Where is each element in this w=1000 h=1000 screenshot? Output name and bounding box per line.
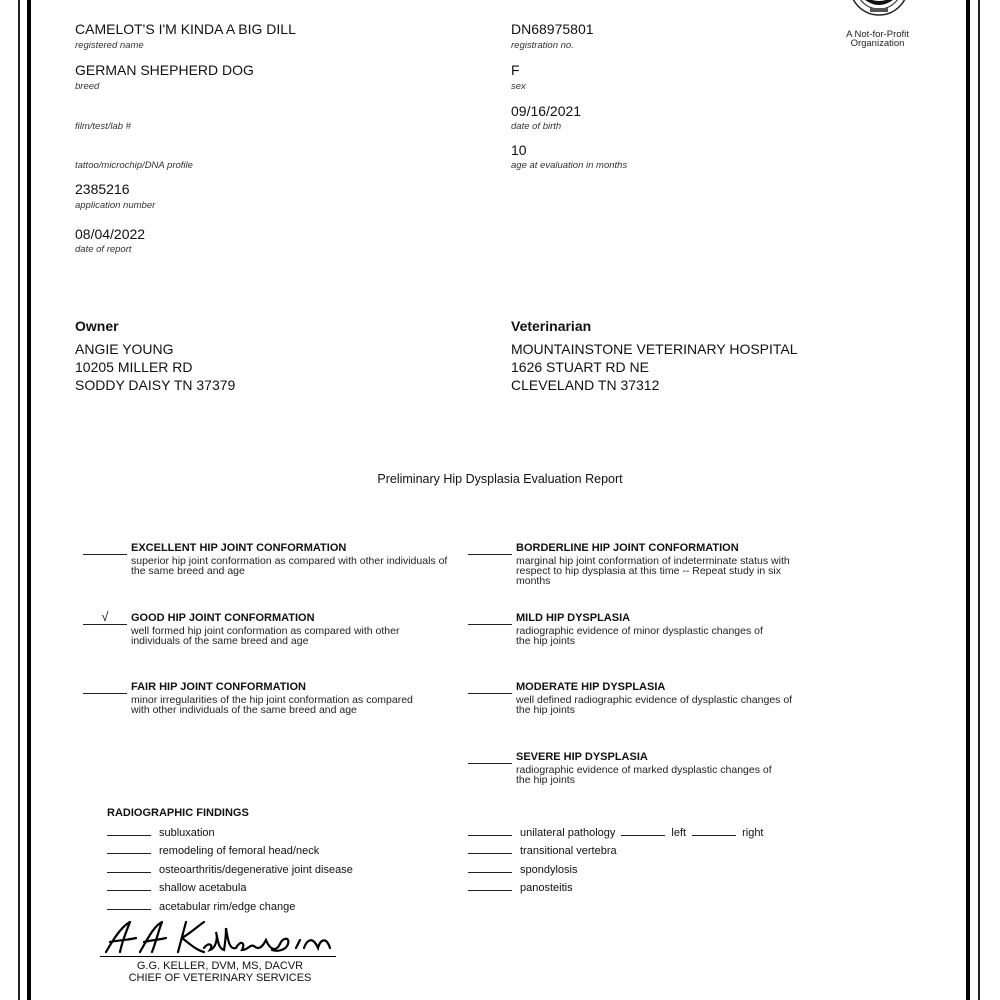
grade-checkbox[interactable]: √ [83, 612, 127, 625]
finding-label: osteoarthritis/degenerative joint diseas… [159, 864, 353, 876]
signature-scribble-icon [100, 918, 336, 956]
finding-label: shallow acetabula [159, 882, 246, 894]
finding-checkbox[interactable] [107, 843, 151, 854]
owner-line: ANGIE YOUNG [75, 340, 235, 358]
finding-item: panosteitis [468, 880, 573, 895]
finding-item: acetabular rim/edge change [107, 899, 295, 914]
findings-heading: RADIOGRAPHIC FINDINGS [107, 807, 249, 819]
grade-description: radiographic evidence of minor dysplasti… [516, 626, 766, 646]
right-label: right [742, 827, 763, 839]
finding-item: osteoarthritis/degenerative joint diseas… [107, 862, 353, 877]
sex-label: sex [511, 81, 526, 92]
registered-name-value: CAMELOT'S I'M KINDA A BIG DILL [75, 21, 296, 37]
page-border-right-thick [966, 0, 970, 1000]
date-of-report-value: 08/04/2022 [75, 226, 145, 242]
page-border-right-thin [978, 0, 980, 1000]
owner-line: SODDY DAISY TN 37379 [75, 376, 235, 394]
finding-unilateral: unilateral pathologyleftright [468, 825, 764, 840]
seal-logo-icon [848, 0, 910, 17]
organization-tagline: A Not-for-Profit Organization [820, 30, 935, 48]
grade-description: radiographic evidence of marked dysplast… [516, 765, 786, 785]
grade-checkbox[interactable] [468, 542, 512, 555]
grade-title: EXCELLENT HIP JOINT CONFORMATION [131, 542, 346, 555]
registration-no-value: DN68975801 [511, 21, 594, 37]
grade-description: marginal hip joint conformation of indet… [516, 556, 806, 586]
page-border-left-thick [27, 0, 31, 1000]
finding-label: acetabular rim/edge change [159, 901, 295, 913]
breed-value: GERMAN SHEPHERD DOG [75, 62, 254, 78]
signatory-title: CHIEF OF VETERINARY SERVICES [100, 972, 340, 984]
finding-checkbox[interactable] [468, 862, 512, 873]
left-label: left [671, 827, 686, 839]
grade-title: SEVERE HIP DYSPLASIA [516, 751, 648, 764]
grade-description: superior hip joint conformation as compa… [131, 556, 451, 576]
finding-item: spondylosis [468, 862, 577, 877]
finding-checkbox[interactable] [468, 825, 512, 836]
grade-description: well formed hip joint conformation as co… [131, 626, 451, 646]
veterinarian-heading: Veterinarian [511, 318, 591, 334]
veterinarian-line: CLEVELAND TN 37312 [511, 376, 798, 394]
grade-title: MILD HIP DYSPLASIA [516, 612, 630, 625]
date-of-birth-value: 09/16/2021 [511, 103, 581, 119]
application-number-label: application number [75, 200, 155, 211]
report-title: Preliminary Hip Dysplasia Evaluation Rep… [0, 472, 1000, 486]
finding-item: remodeling of femoral head/neck [107, 843, 319, 858]
grade-checkbox[interactable] [83, 681, 127, 694]
grade-checkbox[interactable] [468, 681, 512, 694]
finding-checkbox[interactable] [107, 880, 151, 891]
age-months-value: 10 [511, 142, 527, 158]
finding-checkbox[interactable] [468, 880, 512, 891]
signature [100, 918, 336, 957]
finding-label: panosteitis [520, 882, 573, 894]
veterinarian-line: MOUNTAINSTONE VETERINARY HOSPITAL [511, 340, 798, 358]
film-label: film/test/lab # [75, 121, 131, 132]
grade-title: BORDERLINE HIP JOINT CONFORMATION [516, 542, 739, 555]
grade-title: GOOD HIP JOINT CONFORMATION [131, 612, 315, 625]
grade-checkbox[interactable] [468, 612, 512, 625]
grade-title: MODERATE HIP DYSPLASIA [516, 681, 665, 694]
finding-label: unilateral pathology [520, 827, 615, 839]
grade-checkbox[interactable] [83, 542, 127, 555]
application-number-value: 2385216 [75, 181, 130, 197]
grade-description: well defined radiographic evidence of dy… [516, 695, 806, 715]
owner-line: 10205 MILLER RD [75, 358, 235, 376]
veterinarian-address: MOUNTAINSTONE VETERINARY HOSPITAL 1626 S… [511, 340, 798, 394]
finding-item: transitional vertebra [468, 843, 617, 858]
finding-item: shallow acetabula [107, 880, 246, 895]
date-of-birth-label: date of birth [511, 121, 561, 132]
owner-heading: Owner [75, 318, 119, 334]
tattoo-label: tattoo/microchip/DNA profile [75, 160, 193, 171]
finding-label: transitional vertebra [520, 845, 617, 857]
finding-checkbox[interactable] [107, 862, 151, 873]
right-checkbox[interactable] [692, 825, 736, 836]
grade-description: minor irregularities of the hip joint co… [131, 695, 431, 715]
veterinarian-line: 1626 STUART RD NE [511, 358, 798, 376]
signatory-name: G.G. KELLER, DVM, MS, DACVR [100, 960, 340, 972]
page-border-left-thin [18, 0, 20, 1000]
finding-checkbox[interactable] [468, 843, 512, 854]
breed-label: breed [75, 81, 99, 92]
finding-label: spondylosis [520, 864, 577, 876]
owner-address: ANGIE YOUNG 10205 MILLER RD SODDY DAISY … [75, 340, 235, 394]
finding-label: remodeling of femoral head/neck [159, 845, 319, 857]
signatory: G.G. KELLER, DVM, MS, DACVR CHIEF OF VET… [100, 960, 340, 984]
left-checkbox[interactable] [621, 825, 665, 836]
age-months-label: age at evaluation in months [511, 160, 627, 171]
registered-name-label: registered name [75, 40, 144, 51]
date-of-report-label: date of report [75, 244, 132, 255]
finding-label: subluxation [159, 827, 215, 839]
finding-checkbox[interactable] [107, 825, 151, 836]
grade-checkbox[interactable] [468, 751, 512, 764]
grade-title: FAIR HIP JOINT CONFORMATION [131, 681, 306, 694]
sex-value: F [511, 62, 520, 78]
finding-item: subluxation [107, 825, 215, 840]
registration-no-label: registration no. [511, 40, 574, 51]
finding-checkbox[interactable] [107, 899, 151, 910]
